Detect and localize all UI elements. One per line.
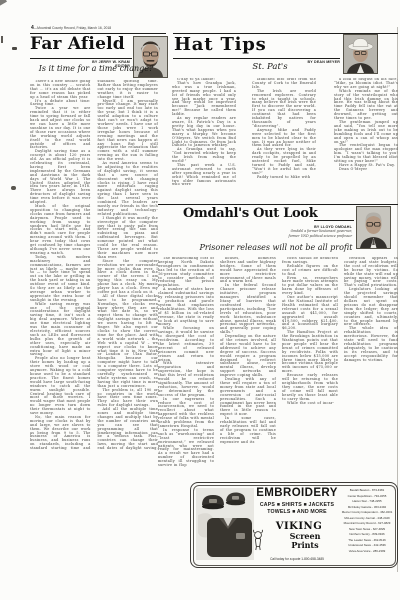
far-afield-bottom-rule <box>30 58 132 59</box>
ad-products-line-1: CAPS ■ SHIRTS ■ JACKETS <box>251 502 343 508</box>
hat-tips-headline: St. Pat's <box>180 62 360 72</box>
viking-screen-prints-ad: EMBROIDERY CAPS ■ SHIRTS ■ JACKETS TOWEL… <box>190 482 398 568</box>
publication-dateline: —Mountrail County Record, Friday, March … <box>34 26 111 30</box>
far-afield-headline: Is it time for a time change? <box>28 64 164 73</box>
ad-headline: EMBROIDERY <box>255 487 339 499</box>
ad-product-photo <box>196 488 254 564</box>
lloyd-omdahl-headshot-illustration <box>357 207 390 248</box>
hat-tips-column-2: launched into orbit from the County of C… <box>252 78 316 204</box>
far-afield-body: There’s a new debate going on in this co… <box>30 80 158 452</box>
hat-tips-masthead: Hat Tips <box>174 36 267 54</box>
newspaper-page: 4—Mountrail County Record, Friday, March… <box>0 0 400 600</box>
caps-and-jackets-photo-illustration <box>196 488 254 560</box>
scan-corner-smudge <box>0 0 7 6</box>
page-header: 4—Mountrail County Record, Friday, March… <box>31 25 111 31</box>
omdahl-byline: BY LLOYD OMDAHL Omdahl a former lieutena… <box>180 225 352 238</box>
ad-phone-listings: Beulah Beacon - 873-4381 Center Republic… <box>341 488 393 555</box>
hat-tips-bottom-rule <box>173 58 340 59</box>
ad-products-line-2: TOWELS ■ AND MORE <box>251 509 343 515</box>
ad-brand-block: VIKING Screen Prints <box>269 521 329 549</box>
omdahl-column-4: ceration appears in county and state bud… <box>344 257 398 478</box>
ad-listing: Mercer County Independent - 462-3201 <box>341 510 393 516</box>
omdahl-column-1: The mushrooming cost of keeping North Da… <box>158 257 214 478</box>
ad-listing: Velva Area Voice - 286-2399 <box>341 549 393 555</box>
hat-tips-column-1: G’day to ya laddie!That’s how Grandpa Ja… <box>172 78 236 204</box>
ad-listing: Mountrail County Record - 627-4829 <box>341 521 393 527</box>
omdahl-mid-rule <box>314 220 354 221</box>
hat-tips-column-3: a look of disgust on his face, “Mike, ya… <box>334 78 398 204</box>
far-afield-masthead: Far Afield <box>30 36 125 53</box>
omdahl-byline-note-2: former UND political science professor <box>180 234 352 238</box>
omdahl-top-rule <box>158 204 398 205</box>
omdahl-headline: Prisoner releases will not be all profit <box>176 243 376 252</box>
omdahl-masthead: Omdahl's Out Look <box>183 207 318 220</box>
margin-tick-mark <box>1 36 3 43</box>
omdahl-column-2: houses, homeless shelters and under high… <box>220 257 276 478</box>
ad-call-to-action: Call today for a quote 1-800-658-3485 <box>251 557 343 561</box>
omdahl-column-3: costs should be deducted from savings.Re… <box>282 257 338 478</box>
margin-ink-mark-top <box>12 47 17 50</box>
margin-ink-mark-lower <box>11 186 16 190</box>
ad-brand-line-3: Prints <box>281 541 329 550</box>
viking-mascot-icon <box>251 529 265 555</box>
